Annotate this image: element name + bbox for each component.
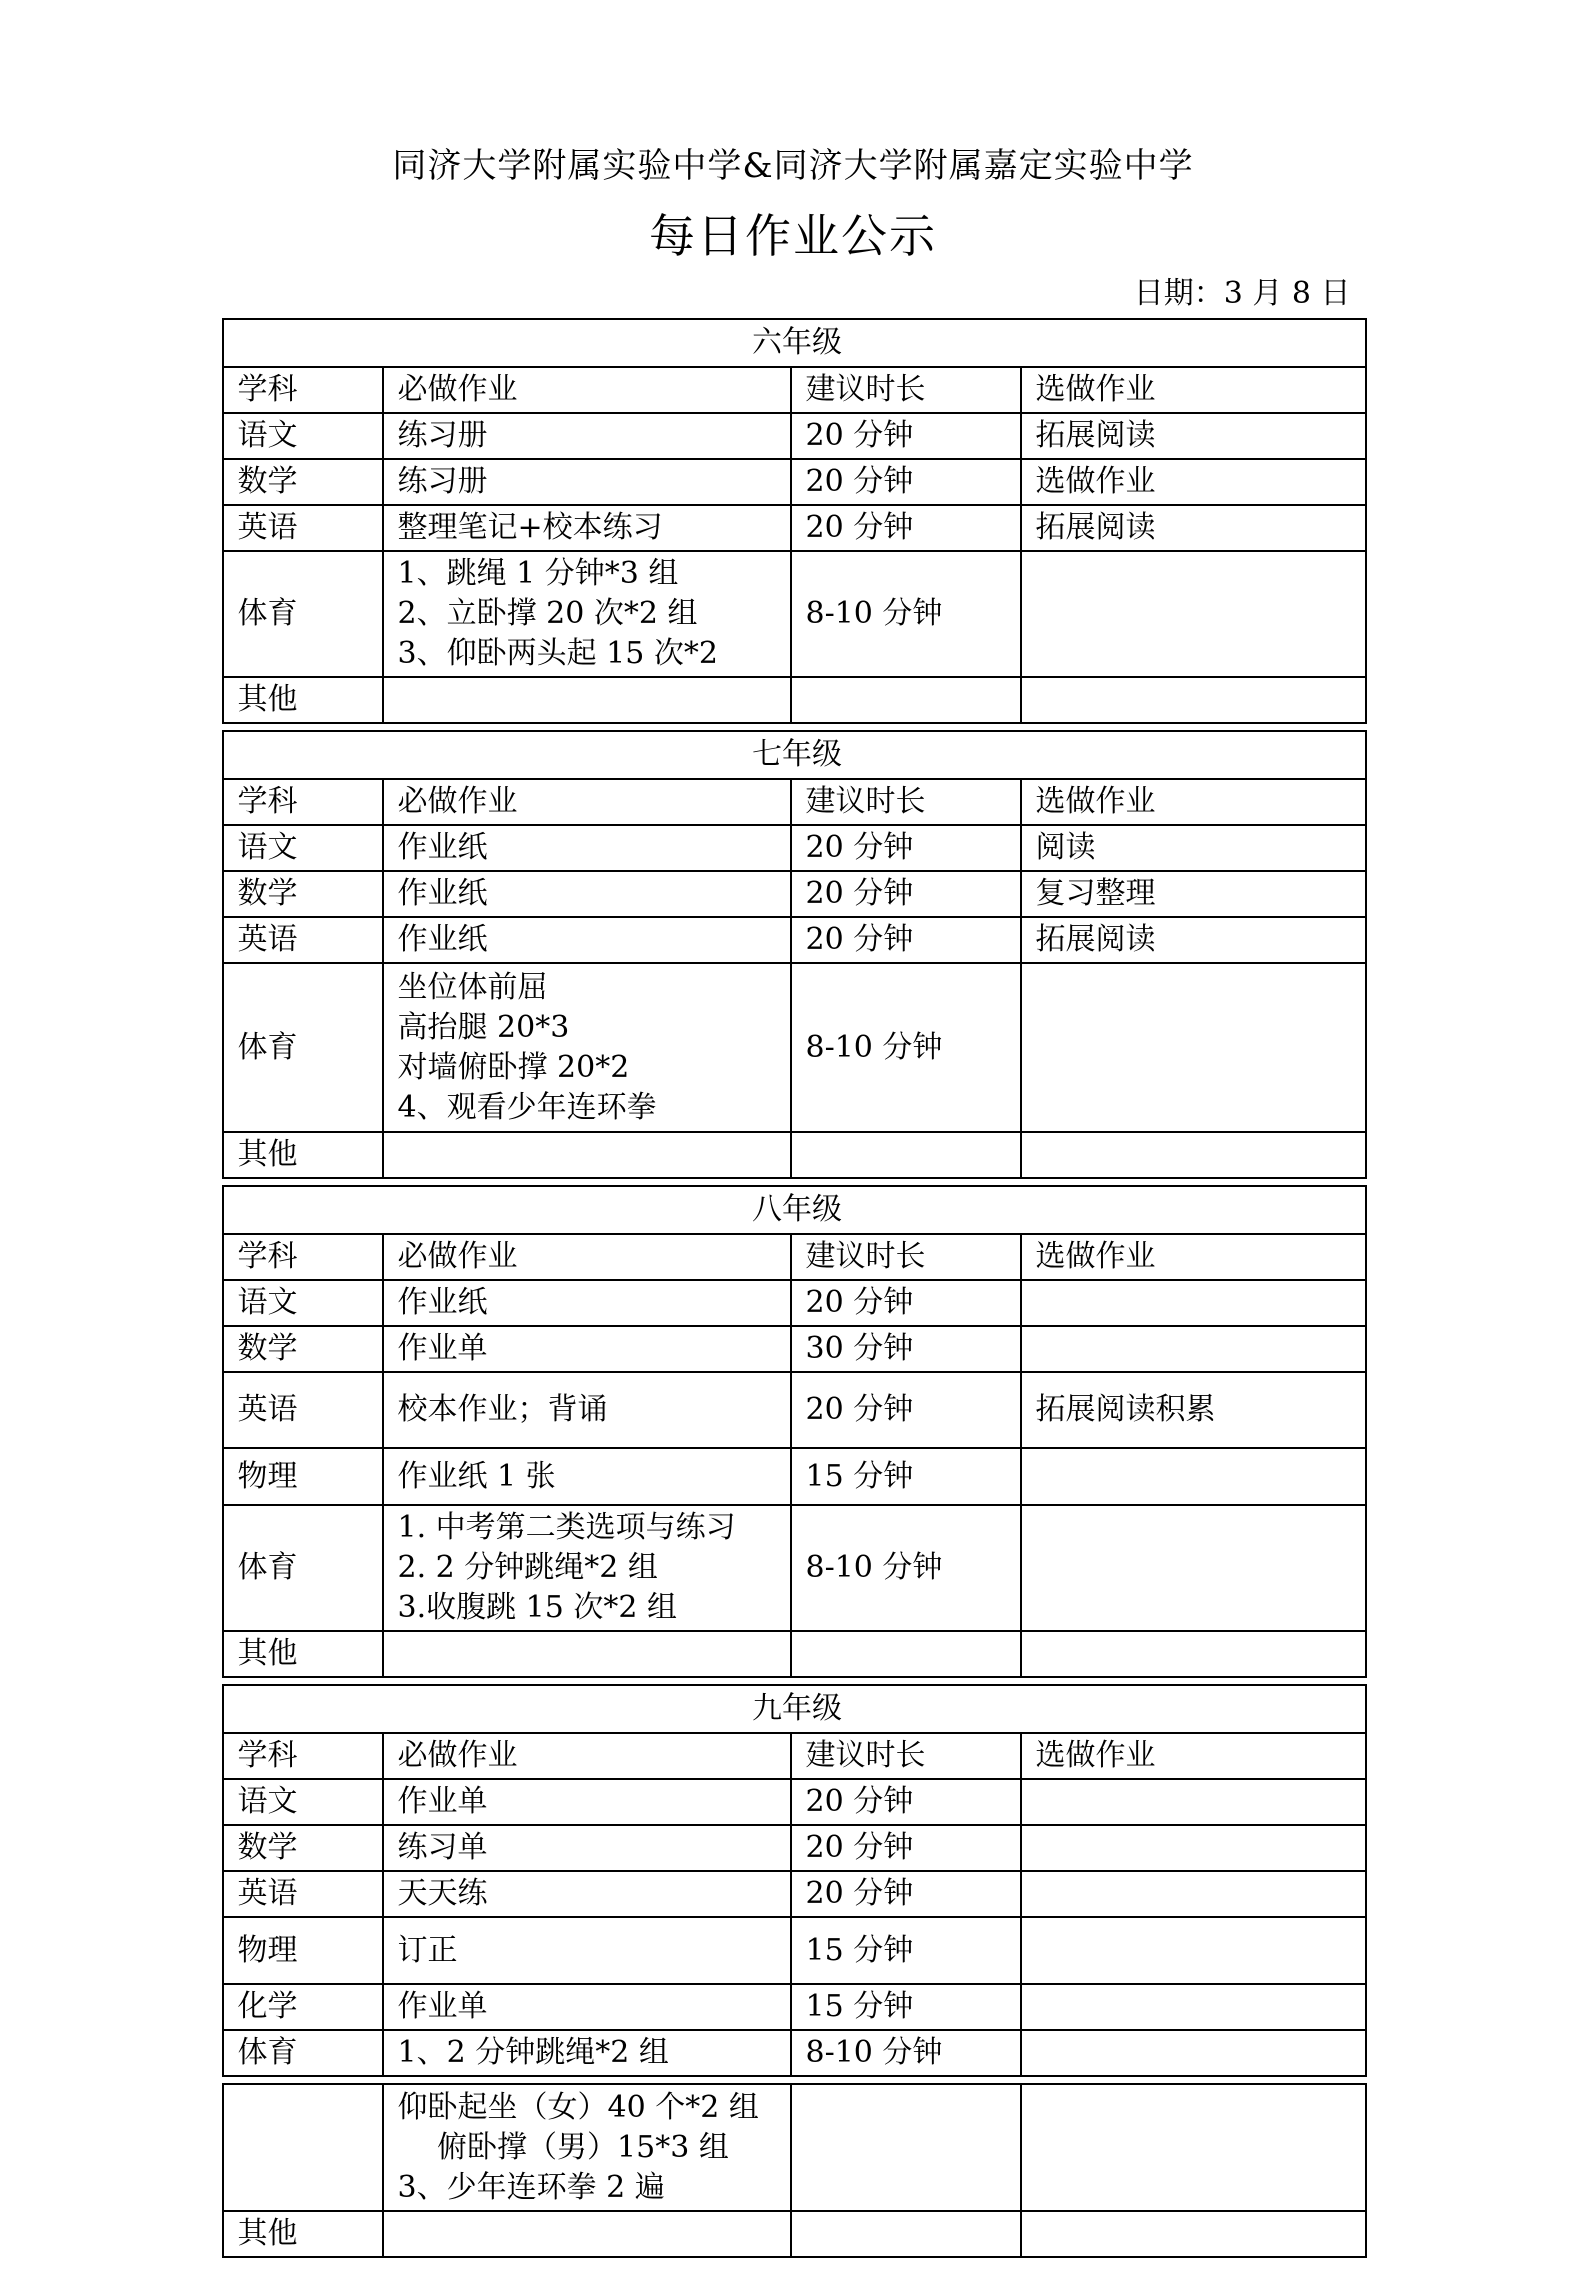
table-row: 英语校本作业；背诵20 分钟拓展阅读积累: [223, 1372, 1366, 1448]
required-homework-cell: 坐位体前屈 高抬腿 20*3 对墙俯卧撑 20*2 4、观看少年连环拳: [383, 963, 791, 1132]
required-homework-cell: 校本作业；背诵: [383, 1372, 791, 1448]
column-header-cell: 必做作业: [383, 367, 791, 413]
subject-cell: 英语: [223, 917, 383, 963]
grade-header-row: 八年级: [223, 1186, 1366, 1234]
column-header-cell: 必做作业: [383, 1234, 791, 1280]
grade-table-6: 六年级学科必做作业建议时长选做作业语文练习册20 分钟拓展阅读数学练习册20 分…: [222, 318, 1367, 724]
table-row: 英语整理笔记+校本练习20 分钟拓展阅读: [223, 505, 1366, 551]
column-header-row: 学科必做作业建议时长选做作业: [223, 1733, 1366, 1779]
optional-homework-cell: [1021, 551, 1366, 677]
required-homework-cell: 作业纸: [383, 1280, 791, 1326]
subject-cell: 体育: [223, 1505, 383, 1631]
subject-cell: 数学: [223, 1825, 383, 1871]
table-row: 仰卧起坐（女）40 个*2 组 俯卧撑（男）15*3 组 3、少年连环拳 2 遍: [223, 2084, 1366, 2211]
duration-cell: 8-10 分钟: [791, 963, 1021, 1132]
duration-cell: 20 分钟: [791, 1779, 1021, 1825]
table-row: 语文练习册20 分钟拓展阅读: [223, 413, 1366, 459]
required-homework-cell: 仰卧起坐（女）40 个*2 组 俯卧撑（男）15*3 组 3、少年连环拳 2 遍: [383, 2084, 791, 2211]
table-row: 体育1、跳绳 1 分钟*3 组 2、立卧撑 20 次*2 组 3、仰卧两头起 1…: [223, 551, 1366, 677]
optional-homework-cell: 选做作业: [1021, 459, 1366, 505]
duration-cell: 20 分钟: [791, 917, 1021, 963]
duration-cell: 20 分钟: [791, 459, 1021, 505]
subject-cell: 语文: [223, 1779, 383, 1825]
duration-cell: [791, 2211, 1021, 2257]
subject-cell: 数学: [223, 871, 383, 917]
page-title: 同济大学附属实验中学&同济大学附属嘉定实验中学: [0, 0, 1586, 186]
column-header-cell: 建议时长: [791, 1234, 1021, 1280]
subject-cell: 化学: [223, 1984, 383, 2030]
optional-homework-cell: [1021, 963, 1366, 1132]
subject-cell: 数学: [223, 459, 383, 505]
date-label: 日期：3 月 8 日: [222, 276, 1351, 312]
required-homework-cell: 作业纸: [383, 871, 791, 917]
table-row: 语文作业单20 分钟: [223, 1779, 1366, 1825]
table-row: 体育坐位体前屈 高抬腿 20*3 对墙俯卧撑 20*2 4、观看少年连环拳8-1…: [223, 963, 1366, 1132]
duration-cell: 8-10 分钟: [791, 1505, 1021, 1631]
optional-homework-cell: 复习整理: [1021, 871, 1366, 917]
optional-homework-cell: [1021, 1505, 1366, 1631]
table-row: 数学练习单20 分钟: [223, 1825, 1366, 1871]
required-homework-cell: 1、2 分钟跳绳*2 组: [383, 2030, 791, 2076]
grade-header-row: 九年级: [223, 1685, 1366, 1733]
column-header-cell: 学科: [223, 779, 383, 825]
subject-cell: 体育: [223, 963, 383, 1132]
duration-cell: 20 分钟: [791, 1372, 1021, 1448]
duration-cell: 15 分钟: [791, 1917, 1021, 1984]
duration-cell: 15 分钟: [791, 1984, 1021, 2030]
duration-cell: 20 分钟: [791, 1280, 1021, 1326]
column-header-cell: 选做作业: [1021, 1733, 1366, 1779]
column-header-cell: 建议时长: [791, 779, 1021, 825]
document-page: 同济大学附属实验中学&同济大学附属嘉定实验中学 每日作业公示 日期：3 月 8 …: [0, 0, 1586, 2291]
subject-cell: 英语: [223, 1871, 383, 1917]
optional-homework-cell: [1021, 1326, 1366, 1372]
grade-table-7: 七年级学科必做作业建议时长选做作业语文作业纸20 分钟阅读数学作业纸20 分钟复…: [222, 730, 1367, 1179]
subject-cell: 语文: [223, 825, 383, 871]
duration-cell: 15 分钟: [791, 1448, 1021, 1505]
column-header-cell: 建议时长: [791, 367, 1021, 413]
optional-homework-cell: 拓展阅读: [1021, 505, 1366, 551]
required-homework-cell: 练习册: [383, 459, 791, 505]
required-homework-cell: [383, 2211, 791, 2257]
optional-homework-cell: [1021, 1917, 1366, 1984]
required-homework-cell: 作业纸: [383, 825, 791, 871]
column-header-row: 学科必做作业建议时长选做作业: [223, 779, 1366, 825]
optional-homework-cell: [1021, 2211, 1366, 2257]
subject-cell: 其他: [223, 2211, 383, 2257]
optional-homework-cell: [1021, 1132, 1366, 1178]
column-header-cell: 选做作业: [1021, 779, 1366, 825]
grade-table-8: 八年级学科必做作业建议时长选做作业语文作业纸20 分钟数学作业单30 分钟英语校…: [222, 1185, 1367, 1678]
required-homework-cell: 作业单: [383, 1779, 791, 1825]
required-homework-cell: [383, 1132, 791, 1178]
required-homework-cell: 作业单: [383, 1326, 791, 1372]
duration-cell: [791, 1132, 1021, 1178]
optional-homework-cell: [1021, 1631, 1366, 1677]
duration-cell: [791, 1631, 1021, 1677]
column-header-row: 学科必做作业建议时长选做作业: [223, 367, 1366, 413]
optional-homework-cell: [1021, 1825, 1366, 1871]
subject-cell: 物理: [223, 1448, 383, 1505]
optional-homework-cell: 拓展阅读: [1021, 413, 1366, 459]
optional-homework-cell: [1021, 677, 1366, 723]
subject-cell: [223, 2084, 383, 2211]
optional-homework-cell: [1021, 1280, 1366, 1326]
required-homework-cell: [383, 1631, 791, 1677]
grade-name: 九年级: [223, 1685, 1366, 1733]
subject-cell: 物理: [223, 1917, 383, 1984]
column-header-cell: 必做作业: [383, 1733, 791, 1779]
table-row: 数学作业单30 分钟: [223, 1326, 1366, 1372]
duration-cell: 20 分钟: [791, 413, 1021, 459]
duration-cell: 20 分钟: [791, 871, 1021, 917]
required-homework-cell: [383, 677, 791, 723]
duration-cell: 8-10 分钟: [791, 551, 1021, 677]
optional-homework-cell: 阅读: [1021, 825, 1366, 871]
column-header-cell: 学科: [223, 1234, 383, 1280]
table-row: 体育1. 中考第二类选项与练习 2. 2 分钟跳绳*2 组 3.收腹跳 15 次…: [223, 1505, 1366, 1631]
table-row: 物理订正15 分钟: [223, 1917, 1366, 1984]
table-row: 其他: [223, 677, 1366, 723]
optional-homework-cell: [1021, 1448, 1366, 1505]
grade-name: 六年级: [223, 319, 1366, 367]
grade-name: 八年级: [223, 1186, 1366, 1234]
required-homework-cell: 1. 中考第二类选项与练习 2. 2 分钟跳绳*2 组 3.收腹跳 15 次*2…: [383, 1505, 791, 1631]
subject-cell: 其他: [223, 1132, 383, 1178]
subject-cell: 数学: [223, 1326, 383, 1372]
table-row: 物理作业纸 1 张15 分钟: [223, 1448, 1366, 1505]
subject-cell: 英语: [223, 1372, 383, 1448]
grade-name: 七年级: [223, 731, 1366, 779]
optional-homework-cell: [1021, 1984, 1366, 2030]
table-row: 数学作业纸20 分钟复习整理: [223, 871, 1366, 917]
grade-header-row: 七年级: [223, 731, 1366, 779]
column-header-cell: 必做作业: [383, 779, 791, 825]
table-row: 其他: [223, 1132, 1366, 1178]
column-header-row: 学科必做作业建议时长选做作业: [223, 1234, 1366, 1280]
table-row: 英语天天练20 分钟: [223, 1871, 1366, 1917]
table-row: 英语作业纸20 分钟拓展阅读: [223, 917, 1366, 963]
column-header-cell: 选做作业: [1021, 367, 1366, 413]
subject-cell: 英语: [223, 505, 383, 551]
duration-cell: 20 分钟: [791, 825, 1021, 871]
optional-homework-cell: [1021, 2030, 1366, 2076]
duration-cell: 20 分钟: [791, 505, 1021, 551]
optional-homework-cell: 拓展阅读: [1021, 917, 1366, 963]
duration-cell: 20 分钟: [791, 1825, 1021, 1871]
grade-table-9: 九年级学科必做作业建议时长选做作业语文作业单20 分钟数学练习单20 分钟英语天…: [222, 1684, 1367, 2077]
subject-cell: 其他: [223, 1631, 383, 1677]
column-header-cell: 选做作业: [1021, 1234, 1366, 1280]
grade-table-9-continuation: 仰卧起坐（女）40 个*2 组 俯卧撑（男）15*3 组 3、少年连环拳 2 遍…: [222, 2083, 1367, 2258]
subject-cell: 体育: [223, 2030, 383, 2076]
document-content: 日期：3 月 8 日 六年级学科必做作业建议时长选做作业语文练习册20 分钟拓展…: [222, 276, 1365, 2258]
optional-homework-cell: [1021, 1779, 1366, 1825]
table-row: 体育1、2 分钟跳绳*2 组8-10 分钟: [223, 2030, 1366, 2076]
table-row: 化学作业单15 分钟: [223, 1984, 1366, 2030]
table-row: 数学练习册20 分钟选做作业: [223, 459, 1366, 505]
optional-homework-cell: 拓展阅读积累: [1021, 1372, 1366, 1448]
subject-cell: 语文: [223, 413, 383, 459]
required-homework-cell: 订正: [383, 1917, 791, 1984]
duration-cell: 30 分钟: [791, 1326, 1021, 1372]
required-homework-cell: 整理笔记+校本练习: [383, 505, 791, 551]
optional-homework-cell: [1021, 1871, 1366, 1917]
table-row: 其他: [223, 2211, 1366, 2257]
column-header-cell: 学科: [223, 367, 383, 413]
homework-tables: 六年级学科必做作业建议时长选做作业语文练习册20 分钟拓展阅读数学练习册20 分…: [222, 318, 1365, 2258]
column-header-cell: 学科: [223, 1733, 383, 1779]
required-homework-cell: 作业纸: [383, 917, 791, 963]
duration-cell: [791, 677, 1021, 723]
page-subtitle: 每日作业公示: [0, 210, 1586, 262]
required-homework-cell: 练习册: [383, 413, 791, 459]
table-row: 其他: [223, 1631, 1366, 1677]
table-row: 语文作业纸20 分钟: [223, 1280, 1366, 1326]
required-homework-cell: 天天练: [383, 1871, 791, 1917]
subject-cell: 其他: [223, 677, 383, 723]
grade-header-row: 六年级: [223, 319, 1366, 367]
subject-cell: 体育: [223, 551, 383, 677]
duration-cell: 8-10 分钟: [791, 2030, 1021, 2076]
optional-homework-cell: [1021, 2084, 1366, 2211]
column-header-cell: 建议时长: [791, 1733, 1021, 1779]
required-homework-cell: 作业纸 1 张: [383, 1448, 791, 1505]
subject-cell: 语文: [223, 1280, 383, 1326]
required-homework-cell: 1、跳绳 1 分钟*3 组 2、立卧撑 20 次*2 组 3、仰卧两头起 15 …: [383, 551, 791, 677]
table-row: 语文作业纸20 分钟阅读: [223, 825, 1366, 871]
required-homework-cell: 练习单: [383, 1825, 791, 1871]
duration-cell: [791, 2084, 1021, 2211]
required-homework-cell: 作业单: [383, 1984, 791, 2030]
duration-cell: 20 分钟: [791, 1871, 1021, 1917]
